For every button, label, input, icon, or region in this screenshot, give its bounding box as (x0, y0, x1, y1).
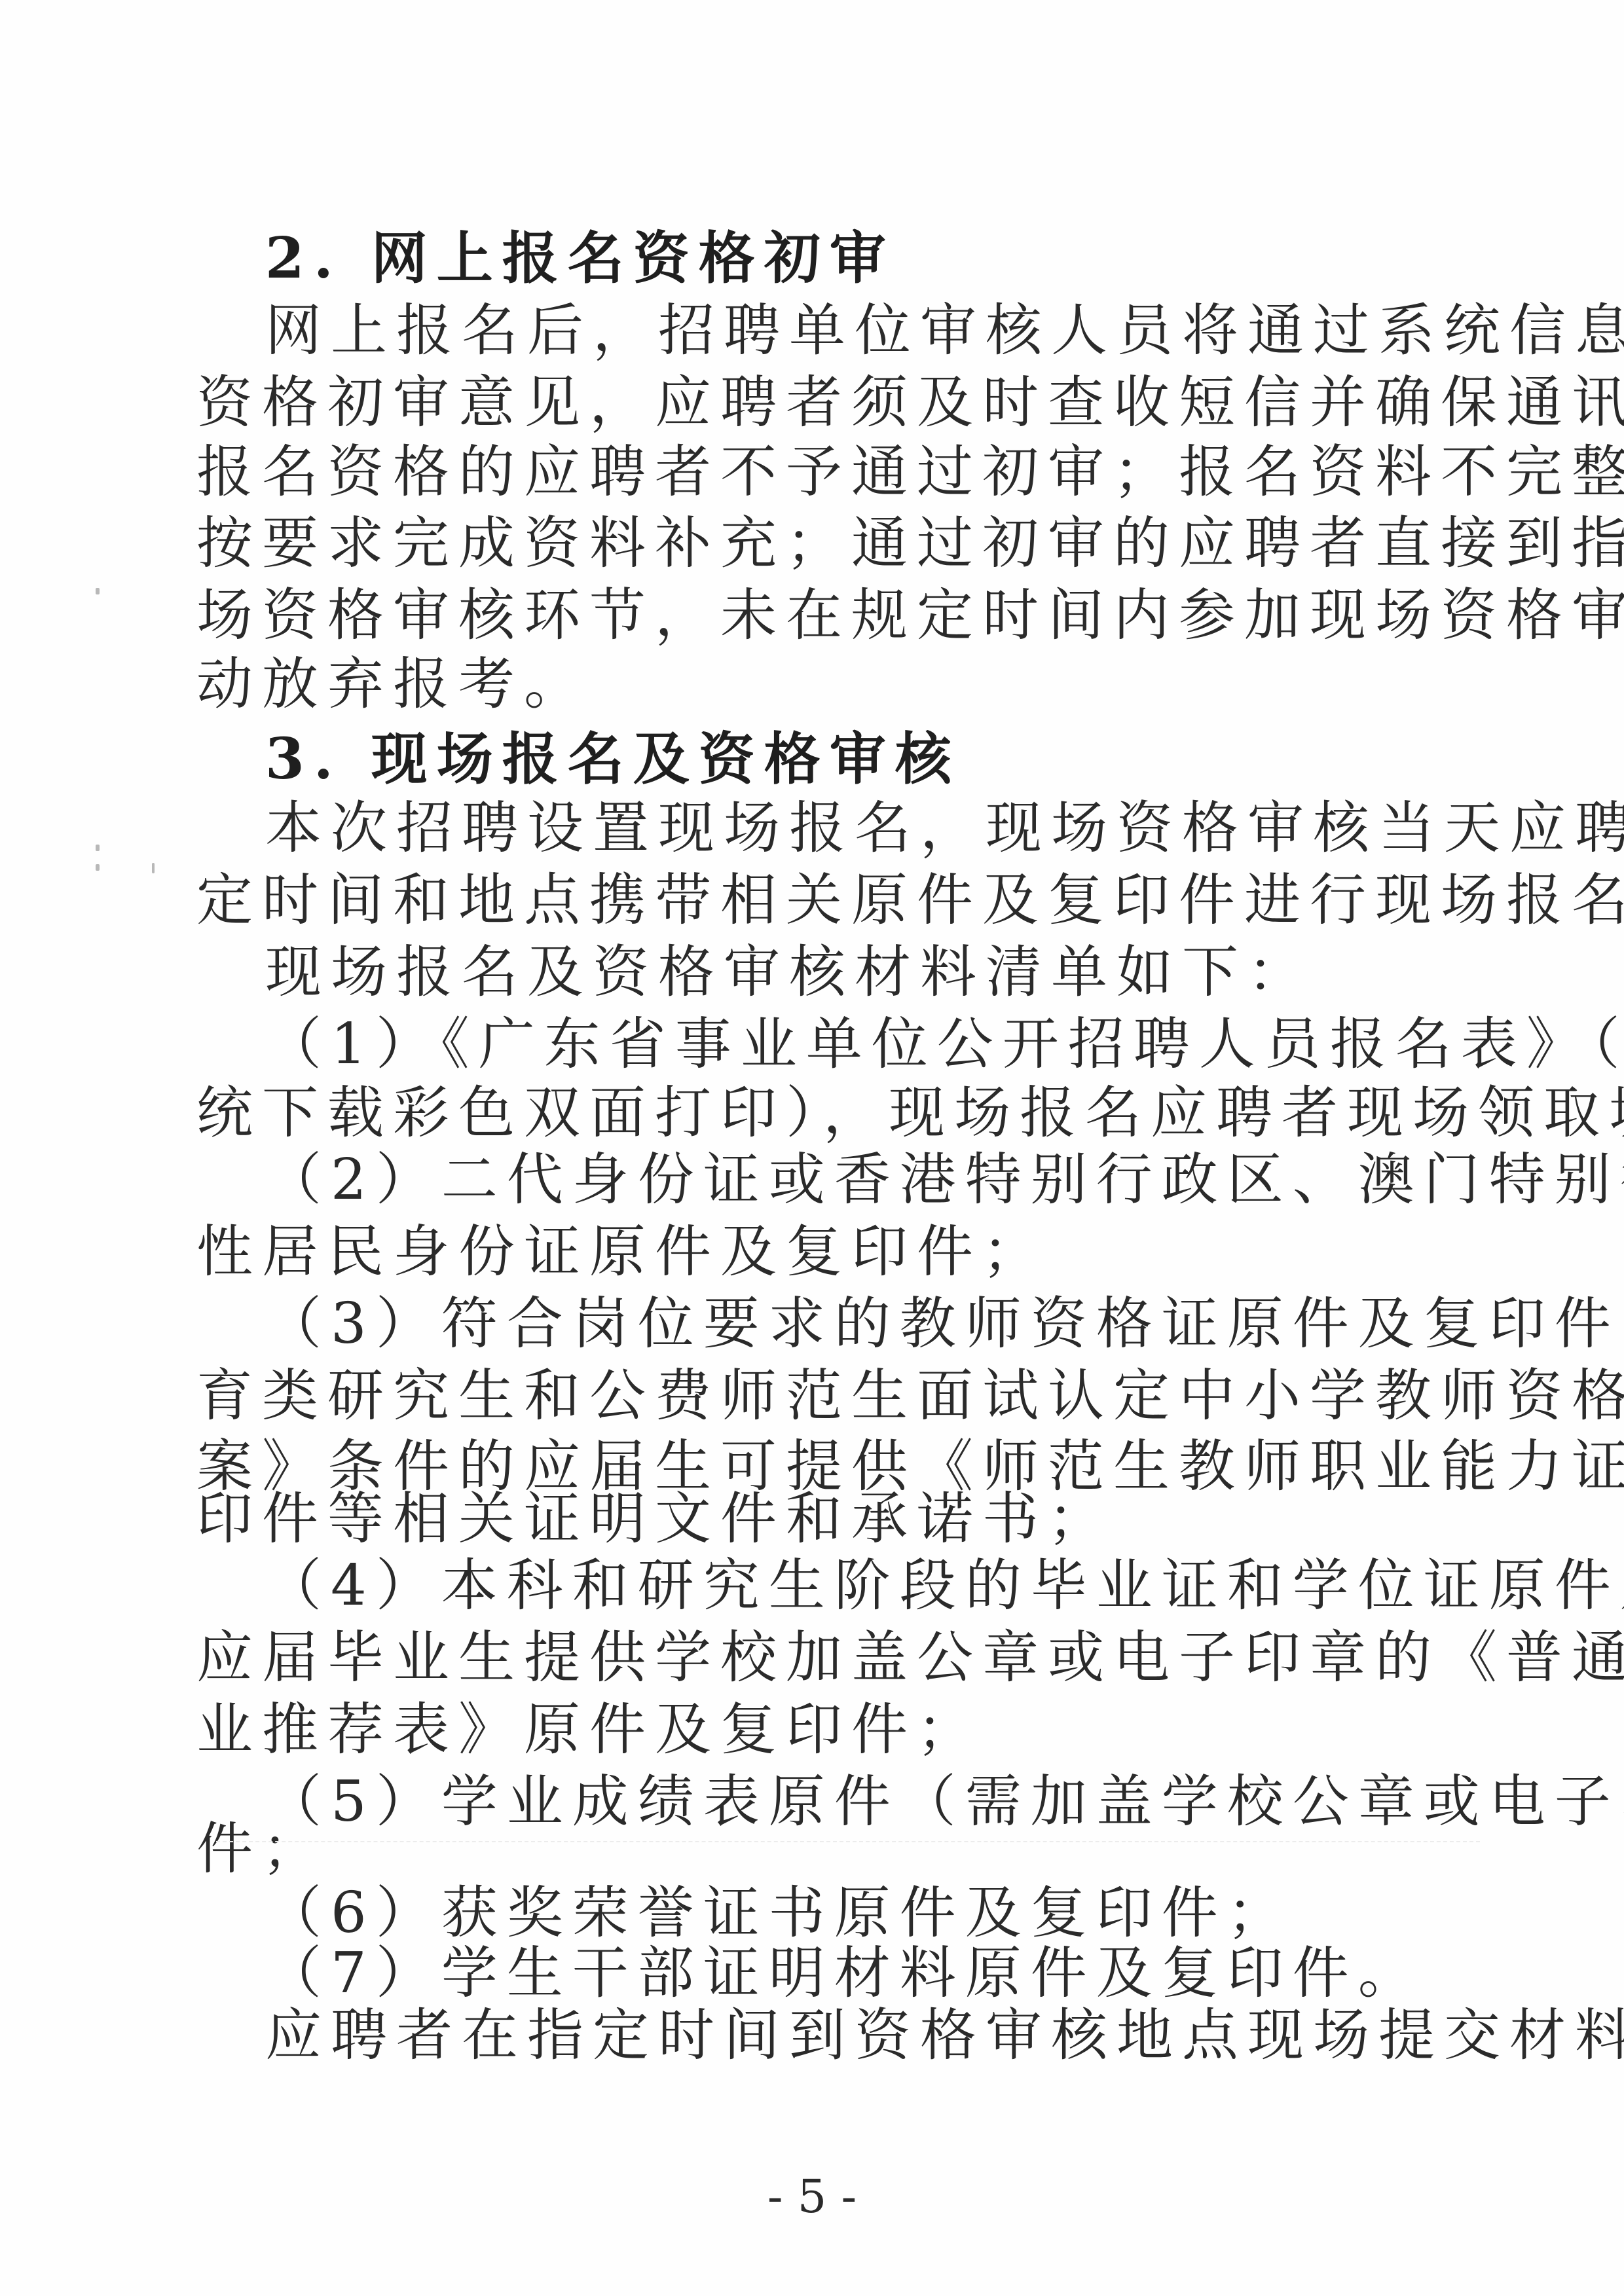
list-item-4-cont: 应届毕业生提供学校加盖公章或电子印章的《普通高校毕业生就 (196, 1622, 1401, 1693)
paragraph-line: 本次招聘设置现场报名，现场资格审核当天应聘者可按照指 (265, 793, 1405, 864)
scanned-document-page: 2. 网上报名资格初审 网上报名后，招聘单位审核人员将通过系统信息或电话反馈 资… (0, 0, 1624, 2296)
list-item-1-cont: 统下载彩色双面打印），现场报名应聘者现场领取填写； (196, 1078, 1401, 1148)
paragraph-line: 应聘者在指定时间到资格审核地点现场提交材料核验，材料 (265, 2000, 1405, 2071)
list-item-2: （2）二代身份证或香港特别行政区、澳门特别行政区永久 (265, 1144, 1405, 1215)
list-item-4-cont: 业推荐表》原件及复印件； (196, 1694, 1401, 1765)
paragraph-line: 按要求完成资料补充；通过初审的应聘者直接到指定地点进行现 (196, 508, 1401, 579)
page-number: - 5 - (0, 2167, 1624, 2226)
section-heading-online-review: 2. 网上报名资格初审 (265, 223, 1405, 294)
list-item-4: （4）本科和研究生阶段的毕业证和学位证原件及复印件， (265, 1550, 1405, 1621)
list-item-2-cont: 性居民身份证原件及复印件； (196, 1216, 1401, 1287)
list-item-7: （7）学生干部证明材料原件及复印件。 (265, 1938, 1405, 2009)
list-item-5-cont: 件； (196, 1813, 1401, 1884)
list-item-3: （3）符合岗位要求的教师资格证原件及复印件，符合《教 (265, 1288, 1405, 1359)
paragraph-line: 定时间和地点携带相关原件及复印件进行现场报名及资格审核。 (196, 865, 1401, 936)
scan-speck (96, 588, 100, 594)
list-item-1: （1）《广东省事业单位公开招聘人员报名表》（通过报名系 (265, 1009, 1405, 1080)
paragraph-line: 报名资格的应聘者不予通过初审；报名资料不完整的，应聘者可 (196, 437, 1401, 507)
paragraph-line: 动放弃报考。 (196, 649, 1401, 720)
scan-speck (96, 845, 100, 851)
section-heading-onsite-review: 3. 现场报名及资格审核 (265, 724, 1405, 795)
paragraph-line: 场资格审核环节，未在规定时间内参加现场资格审核的，视为自 (196, 580, 1401, 651)
paragraph-line: 现场报名及资格审核材料清单如下： (265, 937, 1405, 1008)
paragraph-line: 网上报名后，招聘单位审核人员将通过系统信息或电话反馈 (265, 295, 1405, 366)
paragraph-line: 资格初审意见，应聘者须及时查收短信并确保通讯畅通。不符合 (196, 367, 1401, 438)
scan-speck (152, 863, 155, 873)
list-item-3-cont: 印件等相关证明文件和承诺书； (196, 1484, 1401, 1554)
scan-artifact-rule (216, 1841, 1480, 1843)
list-item-3-cont: 育类研究生和公费师范生面试认定中小学教师资格改革实施方 (196, 1360, 1401, 1431)
scan-speck (96, 864, 100, 871)
